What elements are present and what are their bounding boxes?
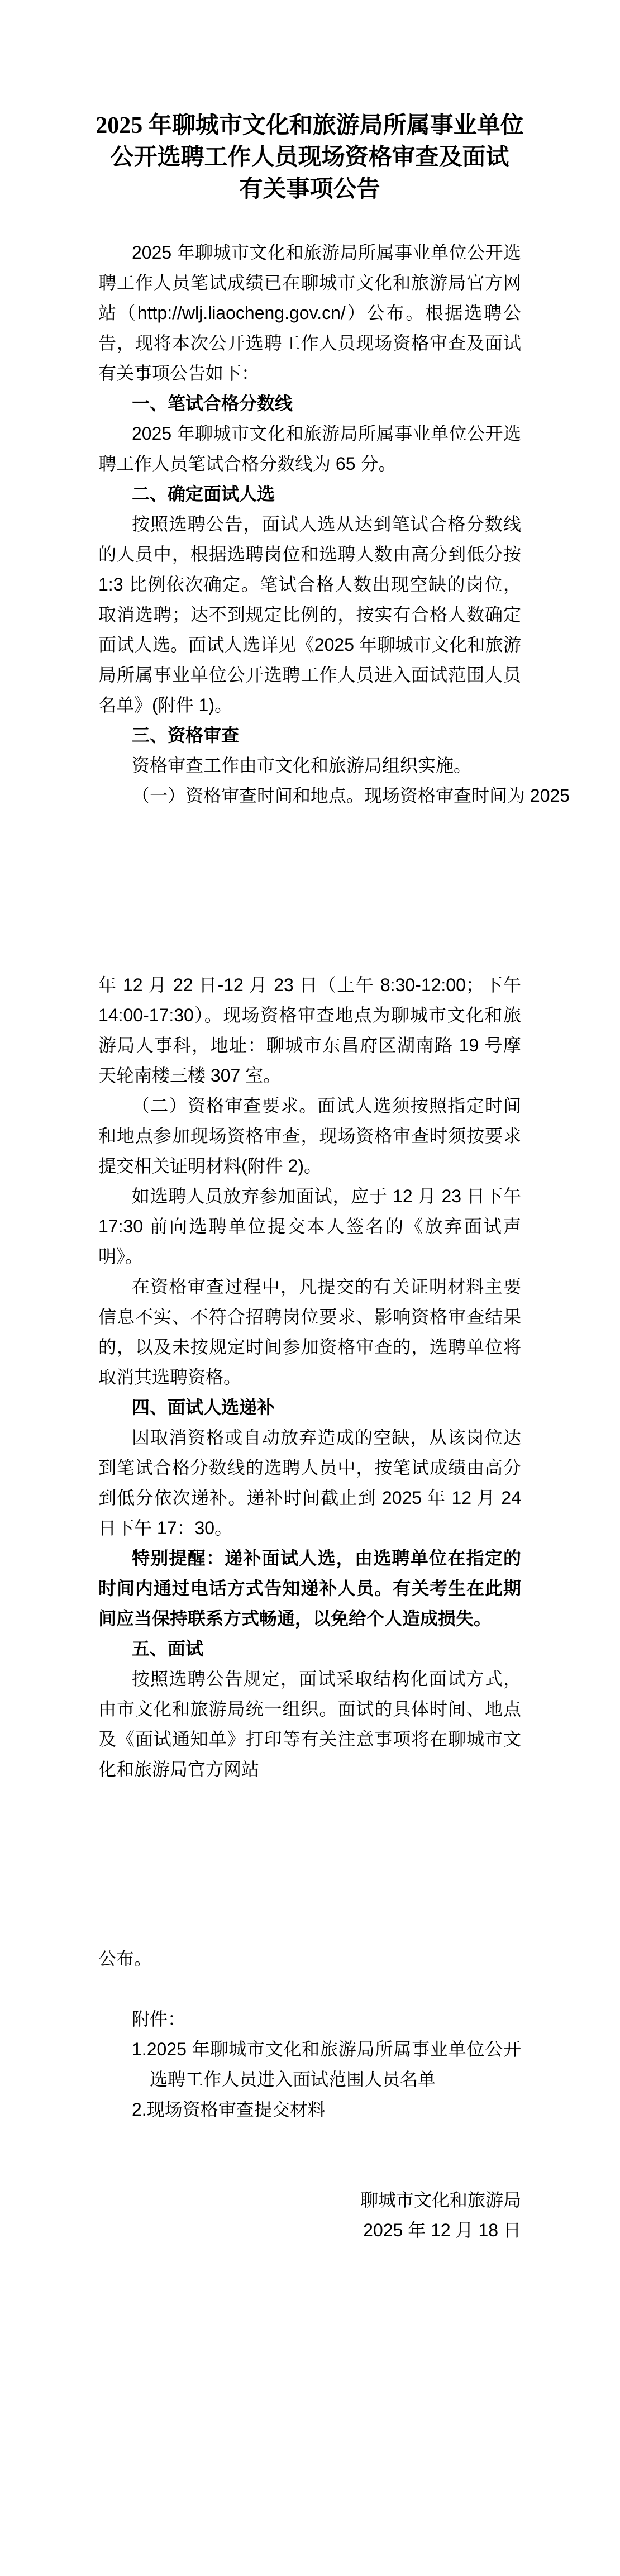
- title-line-1: 2025 年聊城市文化和旅游局所属事业单位: [70, 110, 549, 142]
- document-title: 2025 年聊城市文化和旅游局所属事业单位 公开选聘工作人员现场资格审查及面试 …: [70, 110, 549, 206]
- page-whitespace-gap-2: [98, 1784, 521, 1944]
- section-heading-1: 一、笔试合格分数线: [98, 388, 521, 418]
- section-3-paragraph-5: 在资格审查过程中，凡提交的有关证明材料主要信息不实、不符合招聘岗位要求、影响资格…: [98, 1272, 521, 1392]
- page-whitespace-gap-1: [98, 811, 521, 970]
- signature-org: 聊城市文化和旅游局: [98, 2185, 521, 2215]
- section-4-paragraph-1: 因取消资格或自动放弃造成的空缺，从该岗位达到笔试合格分数线的选聘人员中，按笔试成…: [98, 1422, 521, 1543]
- section-heading-3: 三、资格审查: [98, 720, 521, 750]
- section-4-special-reminder: 特别提醒：递补面试人选，由选聘单位在指定的时间内通过电话方式告知递补人员。有关考…: [98, 1543, 521, 1634]
- section-3-paragraph-2-part-2: 年 12 月 22 日-12 月 23 日（上午 8:30-12:00；下午 1…: [98, 970, 521, 1091]
- section-heading-2: 二、确定面试人选: [98, 479, 521, 509]
- signature-date: 2025 年 12 月 18 日: [98, 2215, 521, 2245]
- section-heading-5: 五、面试: [98, 1634, 521, 1664]
- spacer-before-attachments: [98, 1974, 521, 2004]
- attachment-item-1: 1.2025 年聊城市文化和旅游局所属事业单位公开选聘工作人员进入面试范围人员名…: [98, 2034, 521, 2094]
- section-5-paragraph-part-2: 公布。: [98, 1944, 521, 1974]
- title-line-3: 有关事项公告: [70, 174, 549, 206]
- intro-paragraph: 2025 年聊城市文化和旅游局所属事业单位公开选聘工作人员笔试成绩已在聊城市文化…: [98, 237, 521, 388]
- announcement-document: 2025 年聊城市文化和旅游局所属事业单位 公开选聘工作人员现场资格审查及面试 …: [0, 0, 620, 2576]
- section-3-paragraph-4: 如选聘人员放弃参加面试，应于 12 月 23 日下午 17:30 前向选聘单位提…: [98, 1181, 521, 1272]
- section-3-paragraph-2-part-1: （一）资格审查时间和地点。现场资格审查时间为 2025: [98, 780, 521, 811]
- attachments-label: 附件：: [98, 2004, 521, 2034]
- title-line-2: 公开选聘工作人员现场资格审查及面试: [70, 142, 549, 174]
- section-3-paragraph-1: 资格审查工作由市文化和旅游局组织实施。: [98, 750, 521, 780]
- spacer-before-signature: [98, 2125, 521, 2185]
- section-heading-4: 四、面试人选递补: [98, 1392, 521, 1422]
- section-1-paragraph: 2025 年聊城市文化和旅游局所属事业单位公开选聘工作人员笔试合格分数线为 65…: [98, 418, 521, 479]
- section-5-paragraph-part-1: 按照选聘公告规定，面试采取结构化面试方式，由市文化和旅游局统一组织。面试的具体时…: [98, 1664, 521, 1784]
- section-3-paragraph-3: （二）资格审查要求。面试人选须按照指定时间和地点参加现场资格审查，现场资格审查时…: [98, 1091, 521, 1181]
- attachment-item-2: 2.现场资格审查提交材料: [98, 2094, 521, 2125]
- section-2-paragraph: 按照选聘公告，面试人选从达到笔试合格分数线的人员中，根据选聘岗位和选聘人数由高分…: [98, 509, 521, 720]
